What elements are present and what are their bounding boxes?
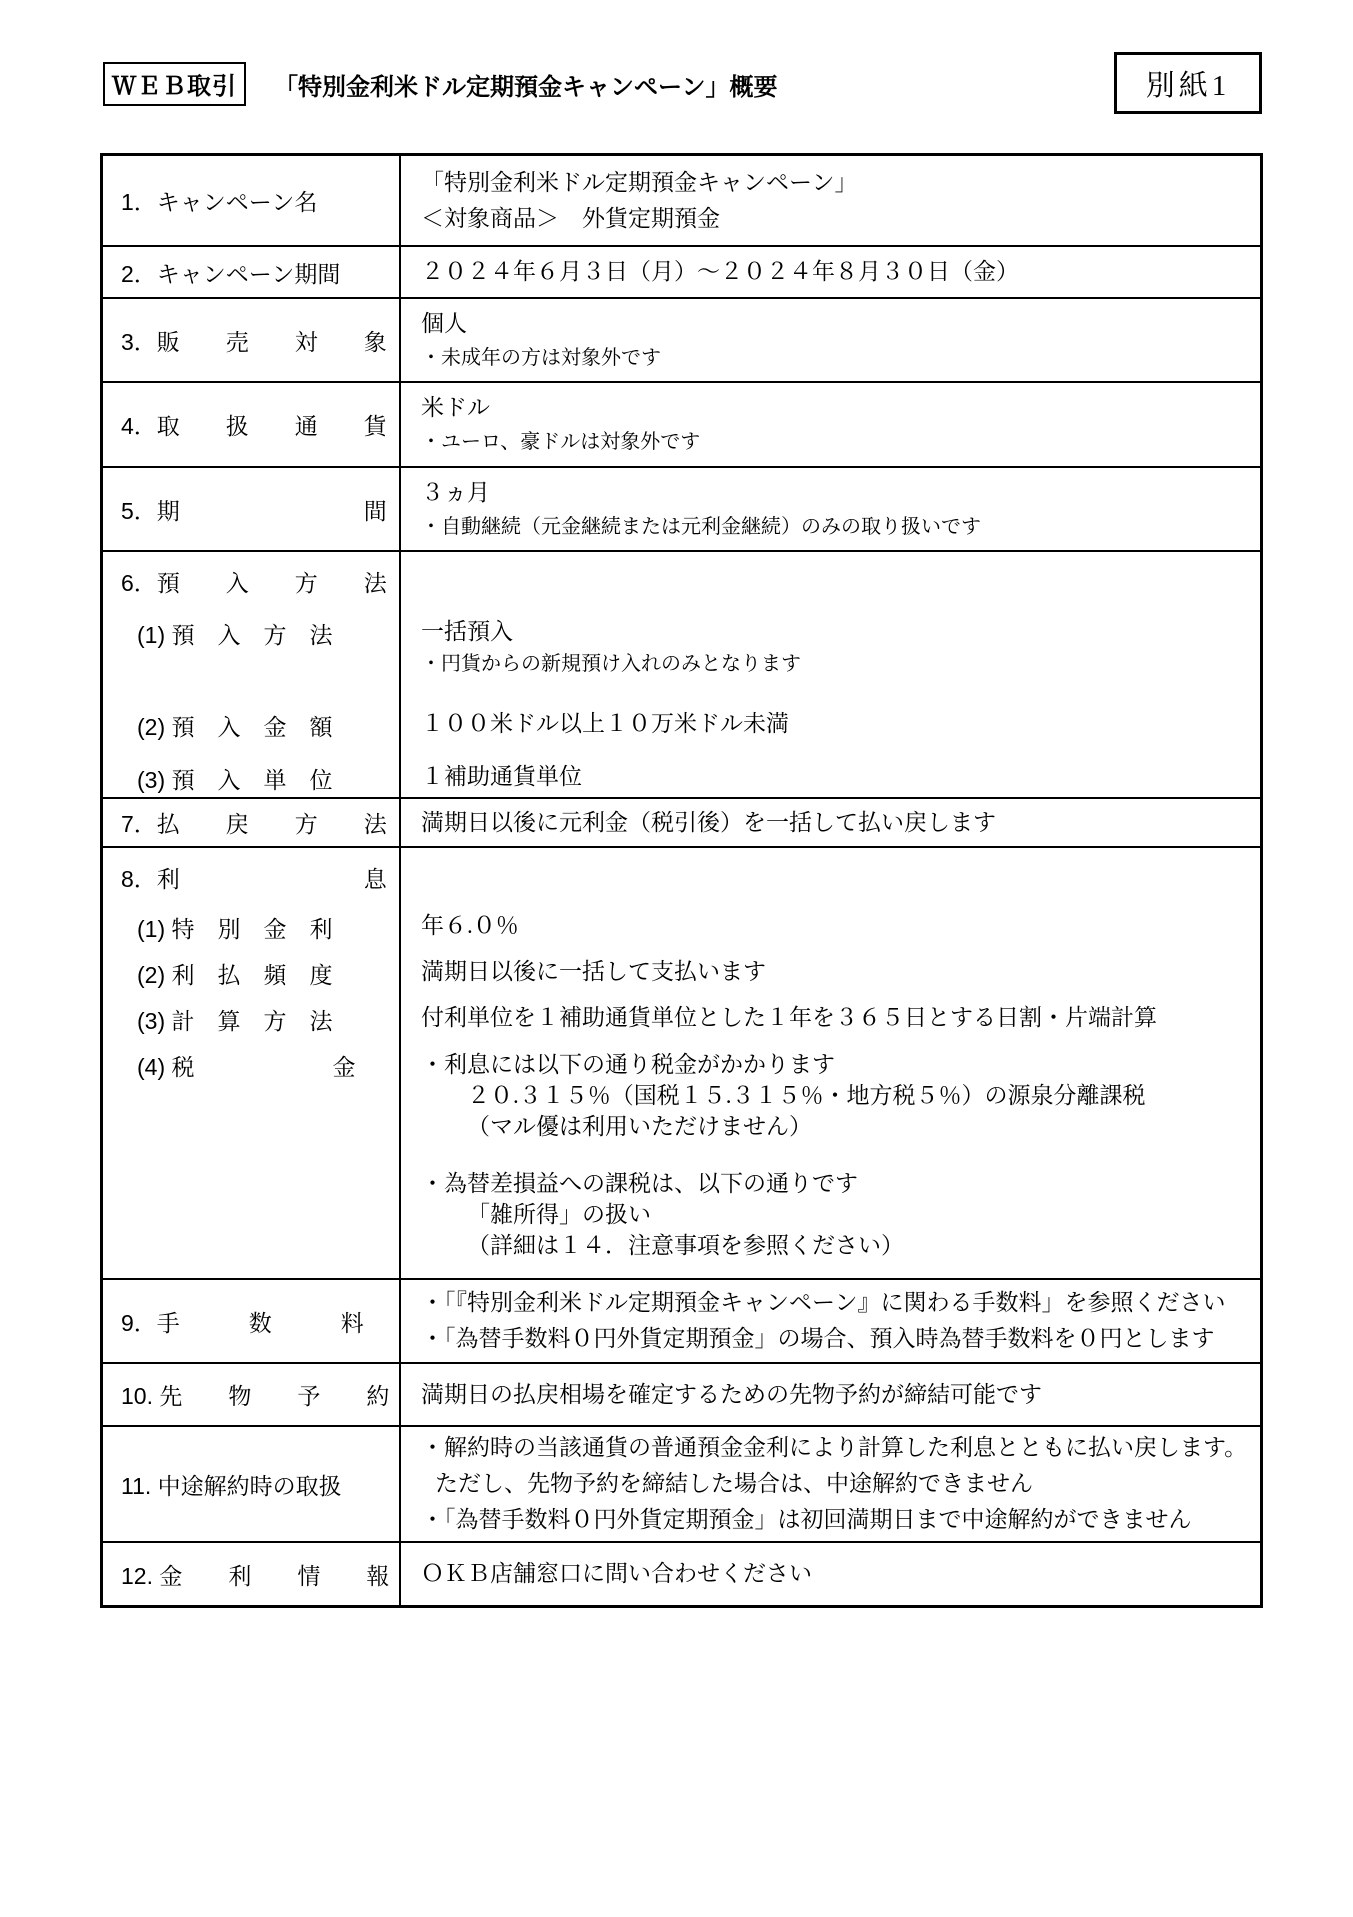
table-row-interest: 8．利 息 (1) 特 別 金 利 年６.０％ (2) 利 払 頻 度 満期日以… (103, 846, 1260, 1278)
cell-text: 「雑所得」の扱い (421, 1199, 1260, 1230)
cell-text: ・為替差損益への課税は、以下の通りです (421, 1168, 1260, 1199)
sub-row-label: (3) 預 入 単 位 (103, 753, 401, 797)
row-label: 6．預 入 方 法 (103, 552, 401, 608)
cell-text: ＯＫＢ店舗窓口に問い合わせください (421, 1556, 1260, 1592)
row-label: 5．期 間 (103, 468, 401, 550)
cell-note: ・未成年の方は対象外です (421, 342, 1260, 375)
attachment-label: 別紙1 (1114, 52, 1262, 114)
cell-text: ２０.３１５％（国税１５.３１５％・地方税５％）の源泉分離課税 (421, 1080, 1260, 1111)
cell-text: １００米ドル以上１０万米ドル未満 (421, 709, 1260, 739)
cell-note: ・自動継続（元金継続または元利金継続）のみの取り扱いです (421, 511, 1260, 544)
table-row-forward-contract: 10. 先 物 予 約 満期日の払戻相場を確定するための先物予約が締結可能です (103, 1362, 1260, 1425)
cell-note: ・ユーロ、豪ドルは対象外です (421, 426, 1260, 459)
cell-text: ・「『特別金利米ドル定期預金キャンペーン』に関わる手数料」を参照ください (421, 1285, 1260, 1321)
cell-text: １補助通貨単位 (421, 762, 1260, 792)
row-label: 4．取 扱 通 貨 (103, 383, 401, 466)
cell-text: ・解約時の当該通貨の普通預金金利により計算した利息とともに払い戻します。 (421, 1430, 1260, 1466)
row-label: 2．キャンペーン期間 (103, 247, 401, 297)
cell-text: 年６.０％ (421, 911, 1260, 941)
sub-row-label: (2) 預 入 金 額 (103, 700, 401, 753)
document-header: ＷＥＢ取引 「特別金利米ドル定期預金キャンペーン」概要 (103, 62, 778, 106)
sub-row-label: (4) 税 金 (103, 1040, 401, 1278)
table-row-campaign-name: 1．キャンペーン名 「特別金利米ドル定期預金キャンペーン」 ＜対象商品＞ 外貨定… (103, 156, 1260, 245)
cell-note: ・円貨からの新規預け入れのみとなります (421, 647, 1260, 681)
table-row-sales-target: 3．販 売 対 象 個人 ・未成年の方は対象外です (103, 297, 1260, 381)
document-page: ＷＥＢ取引 「特別金利米ドル定期預金キャンペーン」概要 別紙1 1．キャンペーン… (0, 0, 1353, 1917)
cell-text: （マル優は利用いただけません） (421, 1111, 1260, 1142)
cell-text: ・「為替手数料０円外貨定期預金」の場合、預入時為替手数料を０円とします (421, 1321, 1260, 1357)
cell-text: 米ドル (421, 390, 1260, 426)
cell-text: ・「為替手数料０円外貨定期預金」は初回満期日まで中途解約ができません (421, 1502, 1260, 1538)
blank-line (421, 1142, 1260, 1168)
cell-text: 一括預入 (421, 617, 1260, 647)
cell-text: ＜対象商品＞ 外貨定期預金 (421, 201, 1260, 237)
cell-text: ただし、先物予約を締結した場合は、中途解約できません (421, 1466, 1260, 1502)
cell-text: 満期日以後に一括して支払います (421, 957, 1260, 987)
table-row-interest-rate-info: 12. 金 利 情 報 ＯＫＢ店舗窓口に問い合わせください (103, 1541, 1260, 1605)
cell-text: ２０２４年６月３日（月）～２０２４年８月３０日（金） (421, 254, 1260, 290)
campaign-overview-table: 1．キャンペーン名 「特別金利米ドル定期預金キャンペーン」 ＜対象商品＞ 外貨定… (100, 153, 1263, 1608)
cell-text: ・利息には以下の通り税金がかかります (421, 1049, 1260, 1080)
row-label: 10. 先 物 予 約 (103, 1364, 401, 1425)
cell-text: 「特別金利米ドル定期預金キャンペーン」 (421, 165, 1260, 201)
web-transaction-badge: ＷＥＢ取引 (103, 62, 246, 106)
table-row-term: 5．期 間 ３ヵ月 ・自動継続（元金継続または元利金継続）のみの取り扱いです (103, 466, 1260, 550)
row-label: 1．キャンペーン名 (103, 156, 401, 245)
row-label: 7．払 戻 方 法 (103, 799, 401, 846)
sub-row-label: (1) 預 入 方 法 (103, 608, 401, 700)
row-label: 3．販 売 対 象 (103, 299, 401, 381)
cell-text: 付利単位を１補助通貨単位とした１年を３６５日とする日割・片端計算 (421, 1003, 1260, 1033)
cell-text: 満期日以後に元利金（税引後）を一括して払い戻します (421, 805, 1260, 841)
sub-row-label: (3) 計 算 方 法 (103, 994, 401, 1040)
row-label: 11. 中途解約時の取扱 (103, 1427, 401, 1541)
table-row-early-termination: 11. 中途解約時の取扱 ・解約時の当該通貨の普通預金金利により計算した利息とと… (103, 1425, 1260, 1541)
sub-row-label: (1) 特 別 金 利 (103, 902, 401, 948)
table-row-deposit-method: 6．預 入 方 法 (1) 預 入 方 法 一括預入 ・円貨からの新規預け入れの… (103, 550, 1260, 797)
cell-text: （詳細は１４．注意事項を参照ください） (421, 1230, 1260, 1261)
cell-text: 個人 (421, 306, 1260, 342)
row-label: 9．手 数 料 (103, 1280, 401, 1362)
table-row-currency: 4．取 扱 通 貨 米ドル ・ユーロ、豪ドルは対象外です (103, 381, 1260, 466)
sub-row-label: (2) 利 払 頻 度 (103, 948, 401, 994)
row-label: 12. 金 利 情 報 (103, 1543, 401, 1605)
page-title: 「特別金利米ドル定期預金キャンペーン」概要 (274, 67, 778, 102)
cell-text: ３ヵ月 (421, 475, 1260, 511)
table-row-campaign-period: 2．キャンペーン期間 ２０２４年６月３日（月）～２０２４年８月３０日（金） (103, 245, 1260, 297)
table-row-repayment-method: 7．払 戻 方 法 満期日以後に元利金（税引後）を一括して払い戻します (103, 797, 1260, 846)
row-label: 8．利 息 (103, 848, 401, 902)
cell-text: 満期日の払戻相場を確定するための先物予約が締結可能です (421, 1377, 1260, 1413)
table-row-fees: 9．手 数 料 ・「『特別金利米ドル定期預金キャンペーン』に関わる手数料」を参照… (103, 1278, 1260, 1362)
